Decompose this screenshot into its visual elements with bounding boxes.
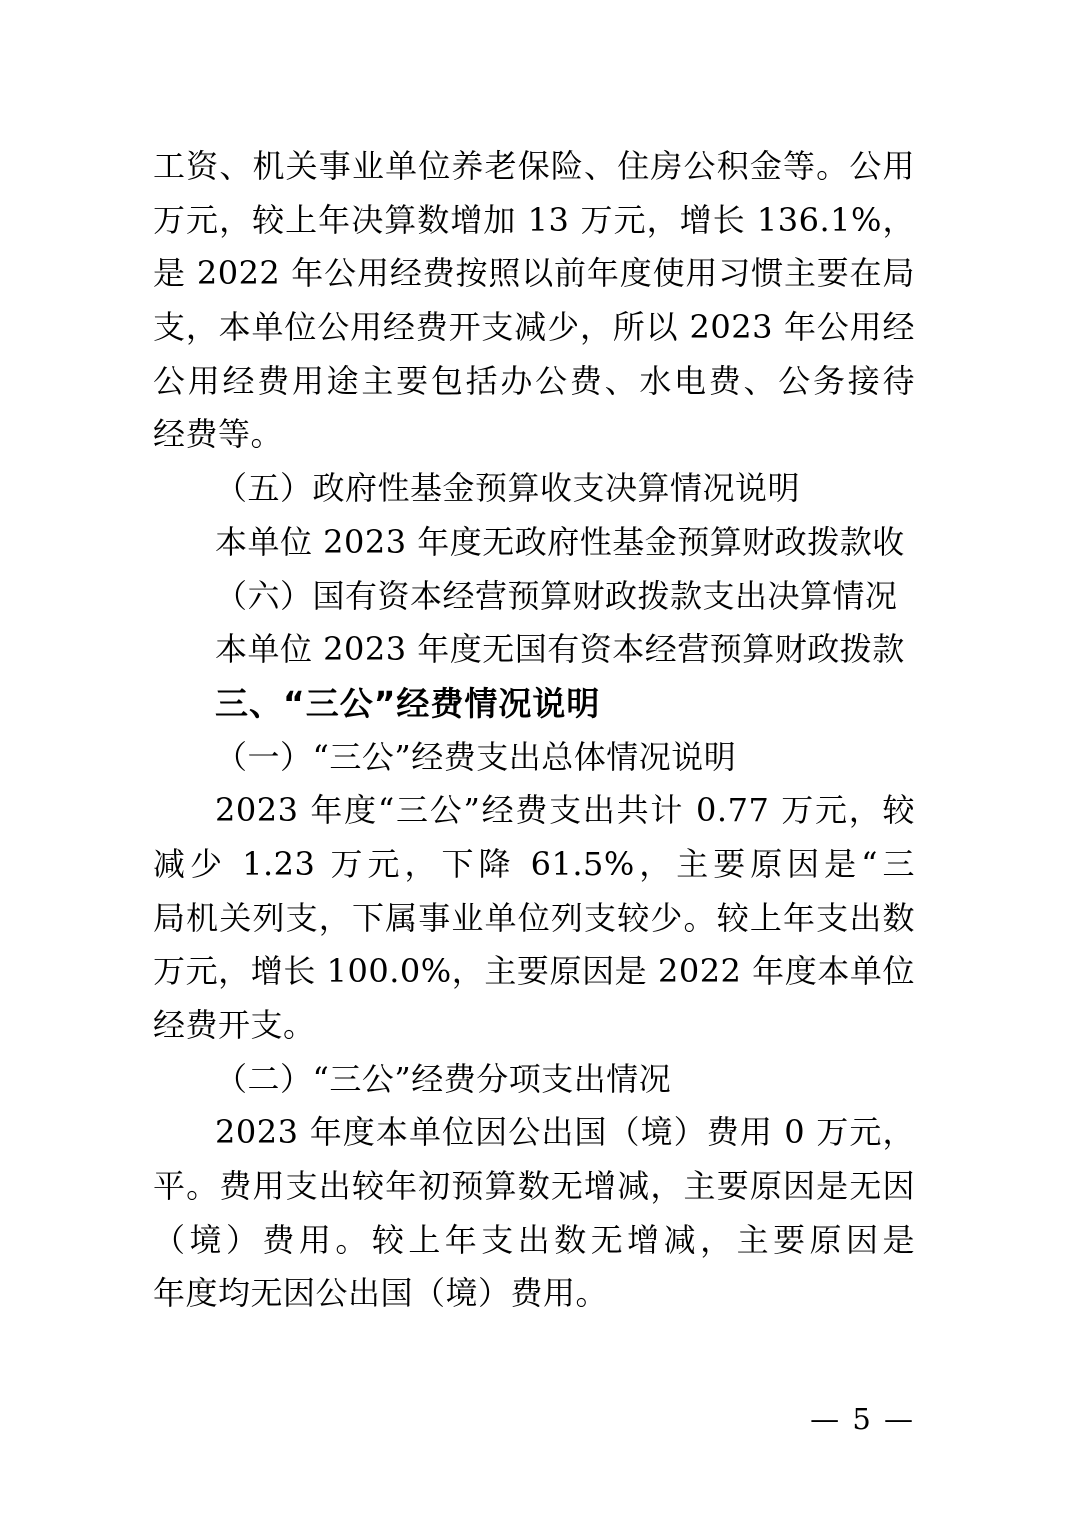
body-line: 万元，较上年决算数增加 13 万元，增长 136.1%，主要原因 <box>153 194 915 248</box>
body-line: 本单位 2023 年度无政府性基金预算财政拨款收支。 <box>153 516 915 570</box>
body-line: 万元，增长 100.0%，主要原因是 2022 年度本单位无“三公” <box>153 945 915 999</box>
body-line: 2023 年度“三公”经费支出共计 0.77 万元，较年初预算数 <box>153 784 915 838</box>
body-line: 经费开支。 <box>153 999 915 1053</box>
body-line: 公用经费用途主要包括办公费、水电费、公务接待费、工会 <box>153 355 915 409</box>
body-line: 年度均无因公出国（境）费用。 <box>153 1267 915 1321</box>
document-body: 工资、机关事业单位养老保险、住房公积金等。公用经费 22.55 万元，较上年决算… <box>153 140 915 1321</box>
body-line: 本单位 2023 年度无国有资本经营预算财政拨款支出。 <box>153 623 915 677</box>
chapter-heading-3: 三、“三公”经费情况说明 <box>153 677 915 731</box>
document-page: 工资、机关事业单位养老保险、住房公积金等。公用经费 22.55 万元，较上年决算… <box>0 0 1075 1520</box>
body-line: 局机关列支，下属事业单位列支较少。较上年支出数增加 0.77 <box>153 892 915 946</box>
body-line: 减少 1.23 万元，下降 61.5%，主要原因是“三公”经费主要在 <box>153 838 915 892</box>
section-heading-2: （二）“三公”经费分项支出情况 <box>153 1053 915 1107</box>
section-heading-5: （五）政府性基金预算收支决算情况说明 <box>153 462 915 516</box>
body-line: 平。费用支出较年初预算数无增减，主要原因是无因公出国 <box>153 1160 915 1214</box>
section-heading-6: （六）国有资本经营预算财政拨款支出决算情况说明 <box>153 570 915 624</box>
body-line: 2023 年度本单位因公出国（境）费用 0 万元，与上年持 <box>153 1106 915 1160</box>
body-line: 工资、机关事业单位养老保险、住房公积金等。公用经费 22.55 <box>153 140 915 194</box>
body-line: 经费等。 <box>153 408 915 462</box>
body-line: 是 2022 年公用经费按照以前年度使用习惯主要在局机关开 <box>153 247 915 301</box>
page-number: — 5 — <box>810 1399 915 1439</box>
section-heading-1: （一）“三公”经费支出总体情况说明 <box>153 731 915 785</box>
body-line: （境）费用。较上年支出数无增减，主要原因是 2022 和 2023 <box>153 1214 915 1268</box>
body-line: 支，本单位公用经费开支减少，所以 2023 年公用经费增加。 <box>153 301 915 355</box>
